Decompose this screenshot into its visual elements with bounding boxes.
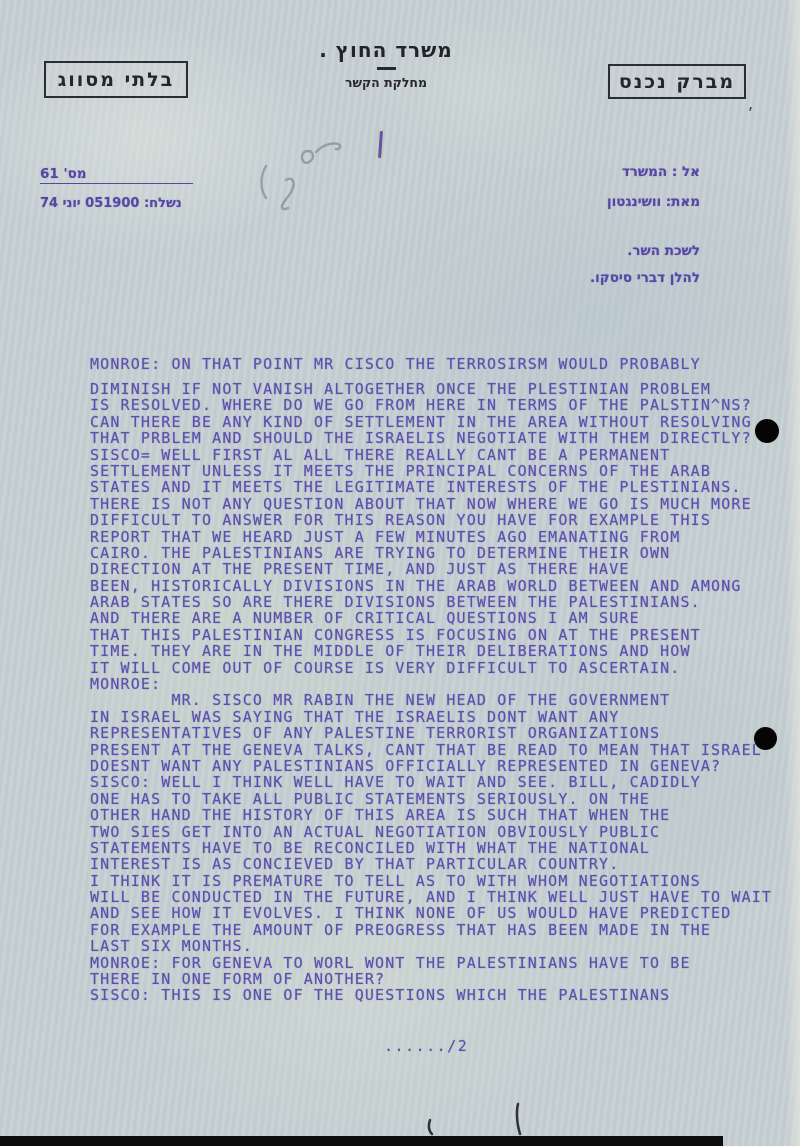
intro-line: להלן דברי סיסקו. [590, 270, 700, 286]
typed-line: DIMINISH IF NOT VANISH ALTOGETHER ONCE T… [90, 381, 790, 397]
typed-line: REPORT THAT WE HEARD JUST A FEW MINUTES … [90, 529, 790, 545]
sent-datetime-line: נשלח: 051900 יוני 74 [40, 196, 197, 211]
addressee-office-line: לשכת השר. [627, 243, 700, 259]
typed-line: TIME. THEY ARE IN THE MIDDLE OF THEIR DE… [90, 643, 790, 659]
typed-body: MONROE: ON THAT POINT MR CISCO THE TERRO… [90, 356, 790, 1004]
typed-line: DIFFICULT TO ANSWER FOR THIS REASON YOU … [90, 512, 790, 528]
typed-line: SISCO: THIS IS ONE OF THE QUESTIONS WHIC… [90, 987, 790, 1003]
bottom-stray-marks [420, 1100, 530, 1140]
typed-line: IT WILL COME OUT OF COURSE IS VERY DIFFI… [90, 660, 790, 676]
hole-punch-dot [755, 419, 779, 443]
pencil-scribble [252, 118, 352, 213]
typed-line: AND THERE ARE A NUMBER OF CRITICAL QUEST… [90, 610, 790, 626]
typed-line: AND SEE HOW IT EVOLVES. I THINK NONE OF … [90, 905, 790, 921]
typed-line: SETTLEMENT UNLESS IT MEETS THE PRINCIPAL… [90, 463, 790, 479]
typed-line: MONROE: FOR GENEVA TO WORL WONT THE PALE… [90, 955, 790, 971]
ministry-subtitle: מחלקת הקשר [286, 75, 486, 90]
typed-line: THERE IN ONE FORM OF ANOTHER? [90, 971, 790, 987]
typed-line: DOESNT WANT ANY PALESTINIANS OFFICIALLY … [90, 758, 790, 774]
typed-line: LAST SIX MONTHS. [90, 938, 790, 954]
incoming-telegram-stamp: מברק נכנס [608, 64, 746, 99]
typed-line: THAT THIS PALESTINIAN CONGRESS IS FOCUSI… [90, 627, 790, 643]
typed-line: WILL BE CONDUCTED IN THE FUTURE, AND I T… [90, 889, 790, 905]
scan-right-edge [786, 0, 800, 1146]
from-line: מאת: וושינגטון [607, 194, 700, 210]
typed-line: CAN THERE BE ANY KIND OF SETTLEMENT IN T… [90, 414, 790, 430]
typed-line: PRESENT AT THE GENEVA TALKS, CANT THAT B… [90, 742, 790, 758]
scan-speck: , [748, 94, 753, 113]
typed-line: DIRECTION AT THE PRESENT TIME, AND JUST … [90, 561, 790, 577]
telegram-scan-page: מברק נכנס בלתי מסווג משרד החוץ . מחלקת ה… [0, 0, 800, 1146]
typed-line: BEEN, HISTORICALLY DIVISIONS IN THE ARAB… [90, 578, 790, 594]
to-line: אל : המשרד [622, 164, 700, 180]
typed-line: MONROE: ON THAT POINT MR CISCO THE TERRO… [90, 356, 790, 372]
typed-line: MR. SISCO MR RABIN THE NEW HEAD OF THE G… [90, 692, 790, 708]
unclassified-stamp: בלתי מסווג [44, 61, 188, 98]
typed-line: I THINK IT IS PREMATURE TO TELL AS TO WI… [90, 873, 790, 889]
typed-line: ONE HAS TO TAKE ALL PUBLIC STATEMENTS SE… [90, 791, 790, 807]
continuation-marker: ....../2 [384, 1037, 468, 1055]
hole-punch-dot [754, 727, 777, 750]
telegram-number: מס' 61 [40, 166, 193, 184]
ministry-title: משרד החוץ . [286, 38, 486, 62]
typed-line: SISCO= WELL FIRST AL ALL THERE REALLY CA… [90, 447, 790, 463]
title-divider-dash [377, 67, 396, 70]
typed-line: SISCO: WELL I THINK WELL HAVE TO WAIT AN… [90, 774, 790, 790]
scan-edge-bar [0, 1136, 723, 1146]
typed-line: FOR EXAMPLE THE AMOUNT OF PREOGRESS THAT… [90, 922, 790, 938]
typed-line: IS RESOLVED. WHERE DO WE GO FROM HERE IN… [90, 397, 790, 413]
typed-line: THAT PRBLEM AND SHOULD THE ISRAELIS NEGO… [90, 430, 790, 446]
typed-line: REPRESENTATIVES OF ANY PALESTINE TERRORI… [90, 725, 790, 741]
typed-line: TWO SIES GET INTO AN ACTUAL NEGOTIATION … [90, 824, 790, 840]
typed-line: CAIRO. THE PALESTINIANS ARE TRYING TO DE… [90, 545, 790, 561]
typed-line: MONROE: [90, 676, 790, 692]
typed-line: IN ISRAEL WAS SAYING THAT THE ISRAELIS D… [90, 709, 790, 725]
typed-line: STATEMENTS HAVE TO BE RECONCILED WITH WH… [90, 840, 790, 856]
ink-stroke-mark [378, 131, 383, 158]
typed-line: STATES AND IT MEETS THE LEGITIMATE INTER… [90, 479, 790, 495]
typed-line: OTHER HAND THE HISTORY OF THIS AREA IS S… [90, 807, 790, 823]
typed-line: THERE IS NOT ANY QUESTION ABOUT THAT NOW… [90, 496, 790, 512]
typed-line: INTEREST IS AS CONCIEVED BY THAT PARTICU… [90, 856, 790, 872]
typed-line: ARAB STATES SO ARE THERE DIVISIONS BETWE… [90, 594, 790, 610]
